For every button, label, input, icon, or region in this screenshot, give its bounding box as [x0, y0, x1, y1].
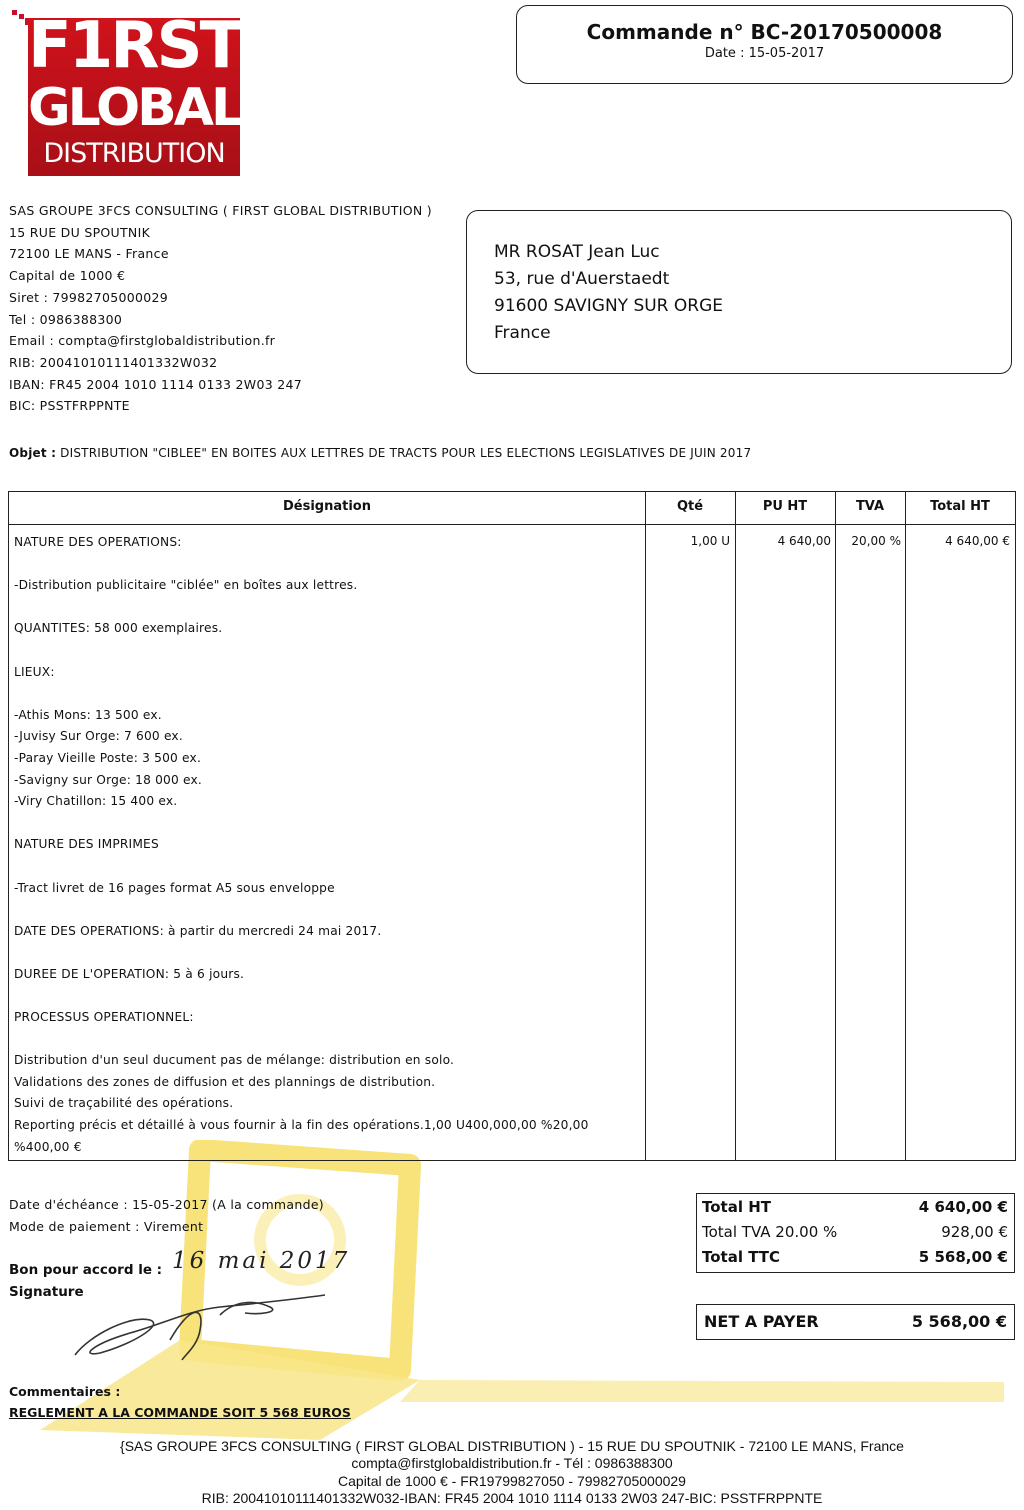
company-siret: Siret : 79982705000029 — [9, 287, 432, 309]
header-qty: Qté — [645, 499, 735, 514]
logo-text-distribution: DISTRIBUTION — [28, 136, 240, 172]
designation-line: QUANTITES: 58 000 exemplaires. — [14, 618, 589, 640]
company-rib: RIB: 20041010111401332W032 — [9, 352, 432, 374]
total-tva-value: 928,00 € — [941, 1223, 1008, 1241]
company-email: Email : compta@firstglobaldistribution.f… — [9, 330, 432, 352]
total-ttc-value: 5 568,00 € — [919, 1248, 1008, 1266]
footer-line-contact: compta@firstglobaldistribution.fr - Tél … — [0, 1455, 1024, 1472]
designation-line: -Tract livret de 16 pages format A5 sous… — [14, 878, 589, 900]
due-date: Date d'échéance : 15-05-2017 (A la comma… — [9, 1194, 324, 1216]
designation-line — [14, 1029, 589, 1051]
client-city: 91600 SAVIGNY SUR ORGE — [494, 293, 723, 320]
header-pu-ht: PU HT — [735, 499, 835, 514]
header-total-ht: Total HT — [905, 499, 1015, 514]
footer-line-bank: RIB: 20041010111401332W032-IBAN: FR45 20… — [0, 1490, 1024, 1507]
designation-line: PROCESSUS OPERATIONNEL: — [14, 1007, 589, 1029]
designation-line — [14, 856, 589, 878]
totals-box: Total HT 4 640,00 € Total TVA 20.00 % 92… — [696, 1193, 1015, 1273]
total-ttc-label: Total TTC — [702, 1248, 780, 1266]
designation-line — [14, 942, 589, 964]
header-tva: TVA — [835, 499, 905, 514]
total-ht-value: 4 640,00 € — [919, 1198, 1008, 1216]
company-capital: Capital de 1000 € — [9, 265, 432, 287]
order-subject: Objet : DISTRIBUTION "CIBLEE" EN BOITES … — [9, 446, 751, 460]
net-to-pay-box: NET A PAYER 5 568,00 € — [696, 1304, 1015, 1340]
designation-line — [14, 640, 589, 662]
total-ht-label: Total HT — [702, 1198, 771, 1216]
comments-block: Commentaires : REGLEMENT A LA COMMANDE S… — [9, 1381, 351, 1423]
order-date: Date : 15-05-2017 — [517, 46, 1012, 61]
cell-designation: NATURE DES OPERATIONS:-Distribution publ… — [14, 532, 589, 1158]
subject-text: DISTRIBUTION "CIBLEE" EN BOITES AUX LETT… — [60, 446, 751, 460]
designation-line: -Athis Mons: 13 500 ex. — [14, 705, 589, 727]
company-bic: BIC: PSSTFRPPNTE — [9, 395, 432, 417]
logo-text-first: F1RST — [28, 8, 240, 84]
comments-text: REGLEMENT A LA COMMANDE SOIT 5 568 EUROS — [9, 1402, 351, 1423]
client-country: France — [494, 320, 723, 347]
company-street: 15 RUE DU SPOUTNIK — [9, 222, 432, 244]
net-to-pay-label: NET A PAYER — [704, 1312, 819, 1331]
company-iban: IBAN: FR45 2004 1010 1114 0133 2W03 247 — [9, 374, 432, 396]
company-city: 72100 LE MANS - France — [9, 243, 432, 265]
cell-pu-ht: 4 640,00 — [735, 534, 831, 548]
net-to-pay-value: 5 568,00 € — [912, 1312, 1007, 1331]
payment-info: Date d'échéance : 15-05-2017 (A la comma… — [9, 1194, 324, 1238]
cell-total-ht: 4 640,00 € — [905, 534, 1010, 548]
comments-label: Commentaires : — [9, 1381, 351, 1402]
designation-line: -Viry Chatillon: 15 400 ex. — [14, 791, 589, 813]
designation-line: DATE DES OPERATIONS: à partir du mercred… — [14, 921, 589, 943]
company-info: SAS GROUPE 3FCS CONSULTING ( FIRST GLOBA… — [9, 200, 432, 417]
designation-line: -Distribution publicitaire "ciblée" en b… — [14, 575, 589, 597]
logo-text-global: GLOBAL — [28, 78, 240, 138]
designation-line — [14, 899, 589, 921]
subject-label: Objet : — [9, 446, 56, 460]
designation-line: -Savigny sur Orge: 18 000 ex. — [14, 770, 589, 792]
designation-line — [14, 683, 589, 705]
footer-line-company: {SAS GROUPE 3FCS CONSULTING ( FIRST GLOB… — [0, 1438, 1024, 1455]
designation-line: Suivi de traçabilité des opérations. — [14, 1093, 589, 1115]
total-tva-row: Total TVA 20.00 % 928,00 € — [702, 1223, 1008, 1241]
company-logo: F1RST GLOBAL DISTRIBUTION — [10, 8, 242, 176]
cell-tva: 20,00 % — [835, 534, 901, 548]
designation-line — [14, 985, 589, 1007]
order-number: Commande n° BC-20170500008 — [517, 20, 1012, 44]
designation-line: DUREE DE L'OPERATION: 5 à 6 jours. — [14, 964, 589, 986]
designation-line: -Juvisy Sur Orge: 7 600 ex. — [14, 726, 589, 748]
designation-line: -Paray Vieille Poste: 3 500 ex. — [14, 748, 589, 770]
footer-line-capital: Capital de 1000 € - FR19799827050 - 7998… — [0, 1473, 1024, 1490]
client-street: 53, rue d'Auerstaedt — [494, 266, 723, 293]
total-tva-label: Total TVA 20.00 % — [702, 1223, 837, 1241]
client-name: MR ROSAT Jean Luc — [494, 239, 723, 266]
designation-line: LIEUX: — [14, 662, 589, 684]
designation-line: Distribution d'un seul ducument pas de m… — [14, 1050, 589, 1072]
order-header-box: Commande n° BC-20170500008 Date : 15-05-… — [516, 5, 1013, 84]
total-ht-row: Total HT 4 640,00 € — [702, 1198, 1008, 1216]
designation-line — [14, 597, 589, 619]
company-tel: Tel : 0986388300 — [9, 309, 432, 331]
designation-line: Validations des zones de diffusion et de… — [14, 1072, 589, 1094]
total-ttc-row: Total TTC 5 568,00 € — [702, 1248, 1008, 1266]
client-address-box: MR ROSAT Jean Luc 53, rue d'Auerstaedt 9… — [466, 210, 1012, 374]
signature-icon — [70, 1285, 340, 1365]
company-name: SAS GROUPE 3FCS CONSULTING ( FIRST GLOBA… — [9, 200, 432, 222]
designation-line — [14, 554, 589, 576]
designation-line: NATURE DES OPERATIONS: — [14, 532, 589, 554]
designation-line: %400,00 € — [14, 1137, 589, 1159]
header-designation: Désignation — [9, 499, 645, 514]
designation-line — [14, 813, 589, 835]
handwritten-date: 16 mai 2017 — [172, 1248, 350, 1274]
page-footer: {SAS GROUPE 3FCS CONSULTING ( FIRST GLOB… — [0, 1438, 1024, 1508]
payment-mode: Mode de paiement : Virement — [9, 1216, 324, 1238]
designation-line: Reporting précis et détaillé à vous four… — [14, 1115, 589, 1137]
cell-qty: 1,00 U — [645, 534, 730, 548]
approval-label: Bon pour accord le : — [9, 1259, 162, 1281]
designation-line: NATURE DES IMPRIMES — [14, 834, 589, 856]
order-lines-table: Désignation Qté PU HT TVA Total HT 1,00 … — [8, 491, 1016, 1161]
